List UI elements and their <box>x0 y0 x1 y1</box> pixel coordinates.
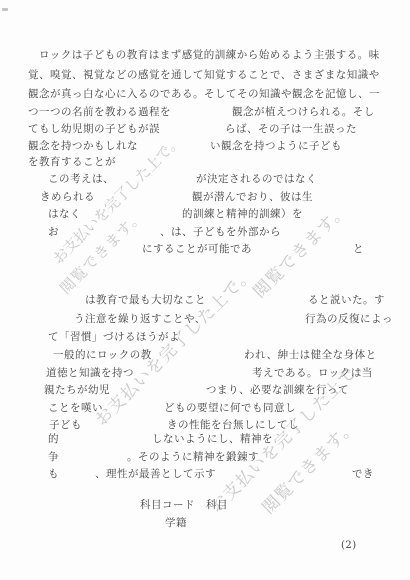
scan-artifact <box>2 8 8 11</box>
text-fragment: 、理性が最善として示す <box>95 468 216 481</box>
text-fragment: 的 <box>48 433 59 446</box>
text-fragment: 親たちが幼児 <box>44 384 110 397</box>
text-fragment: 、は、子どもを外部から <box>160 226 281 239</box>
text-fragment: て「習慣」づけるほうがよ <box>48 331 180 344</box>
watermark-text: 閲覧できます。 <box>260 417 360 517</box>
text-fragment: はなく <box>48 208 81 221</box>
text-fragment: われ、紳士は健全な身体と <box>244 349 377 362</box>
text-fragment: 学籍 <box>165 517 187 530</box>
text-fragment: らば、その子は一生誤った <box>225 123 357 136</box>
watermark-text: 閲覧できます。 <box>58 208 147 297</box>
text-fragment: ロックは子どもの教育はまず感覚的訓練から始めるよう主張する。味 <box>39 49 380 62</box>
text-fragment: 観が潜んでおり、彼は生 <box>192 191 313 204</box>
text-fragment: 覚、嗅覚、視覚などの感覚を通して知覚することで、さまざまな知識や <box>28 69 380 82</box>
text-fragment: 科目コード 科目 <box>140 499 228 512</box>
text-fragment: この考えは、 <box>48 173 114 186</box>
text-fragment: つ一つの名前を教わる過程を <box>28 106 171 119</box>
text-fragment: を教育することが <box>28 156 116 169</box>
text-fragment: お <box>48 226 59 239</box>
text-fragment: 観念が植えつけられる。そし <box>232 106 375 119</box>
text-fragment: てもし幼児期の子どもが誤 <box>28 123 160 136</box>
text-fragment: 道徳と知識を持つ <box>46 367 134 380</box>
text-fragment: う注意を繰り返すことや、 <box>74 313 206 326</box>
text-fragment: 観念を持つかもしれな <box>28 140 138 153</box>
text-fragment: ことを嘆い <box>48 402 103 415</box>
text-fragment: 。そのように精神を鍛錬す <box>127 451 259 464</box>
text-fragment: 考えである。ロックは当 <box>252 367 373 380</box>
document-page: ロックは子どもの教育はまず感覚的訓練から始めるよう主張する。味覚、嗅覚、視覚など… <box>0 0 410 580</box>
text-fragment: 的訓練と精神的訓練）を <box>182 208 303 221</box>
text-fragment: も <box>48 468 59 481</box>
text-fragment: にすることが可能であ <box>142 243 252 256</box>
text-fragment: 行為の反復によっ <box>305 313 393 326</box>
text-fragment: は教育で最も大切なこと <box>85 294 206 307</box>
text-fragment: でき <box>352 468 374 481</box>
text-fragment: 争 <box>48 451 59 464</box>
text-fragment: 一般的にロックの教 <box>53 349 152 362</box>
text-fragment: と <box>353 243 364 256</box>
text-fragment: どもの要望に何でも同意し <box>164 402 296 415</box>
text-fragment: が決定されるのではなく <box>196 173 317 186</box>
text-fragment: い観念を持つように子ども <box>210 140 342 153</box>
page-number: (2) <box>341 540 357 551</box>
text-fragment: ると説いた。す <box>308 294 385 307</box>
text-fragment: 観念が真っ白な心に入るのである。そしてその知識や観念を記憶し、一 <box>28 88 380 101</box>
text-fragment: きの性能を台無しにしてし <box>167 419 299 432</box>
text-fragment: つまり、必要な訓練を行って <box>206 384 349 397</box>
text-fragment: 子ども <box>49 419 82 432</box>
text-fragment: きめられる <box>40 191 95 204</box>
text-fragment: しないようにし、精神を <box>152 433 273 446</box>
